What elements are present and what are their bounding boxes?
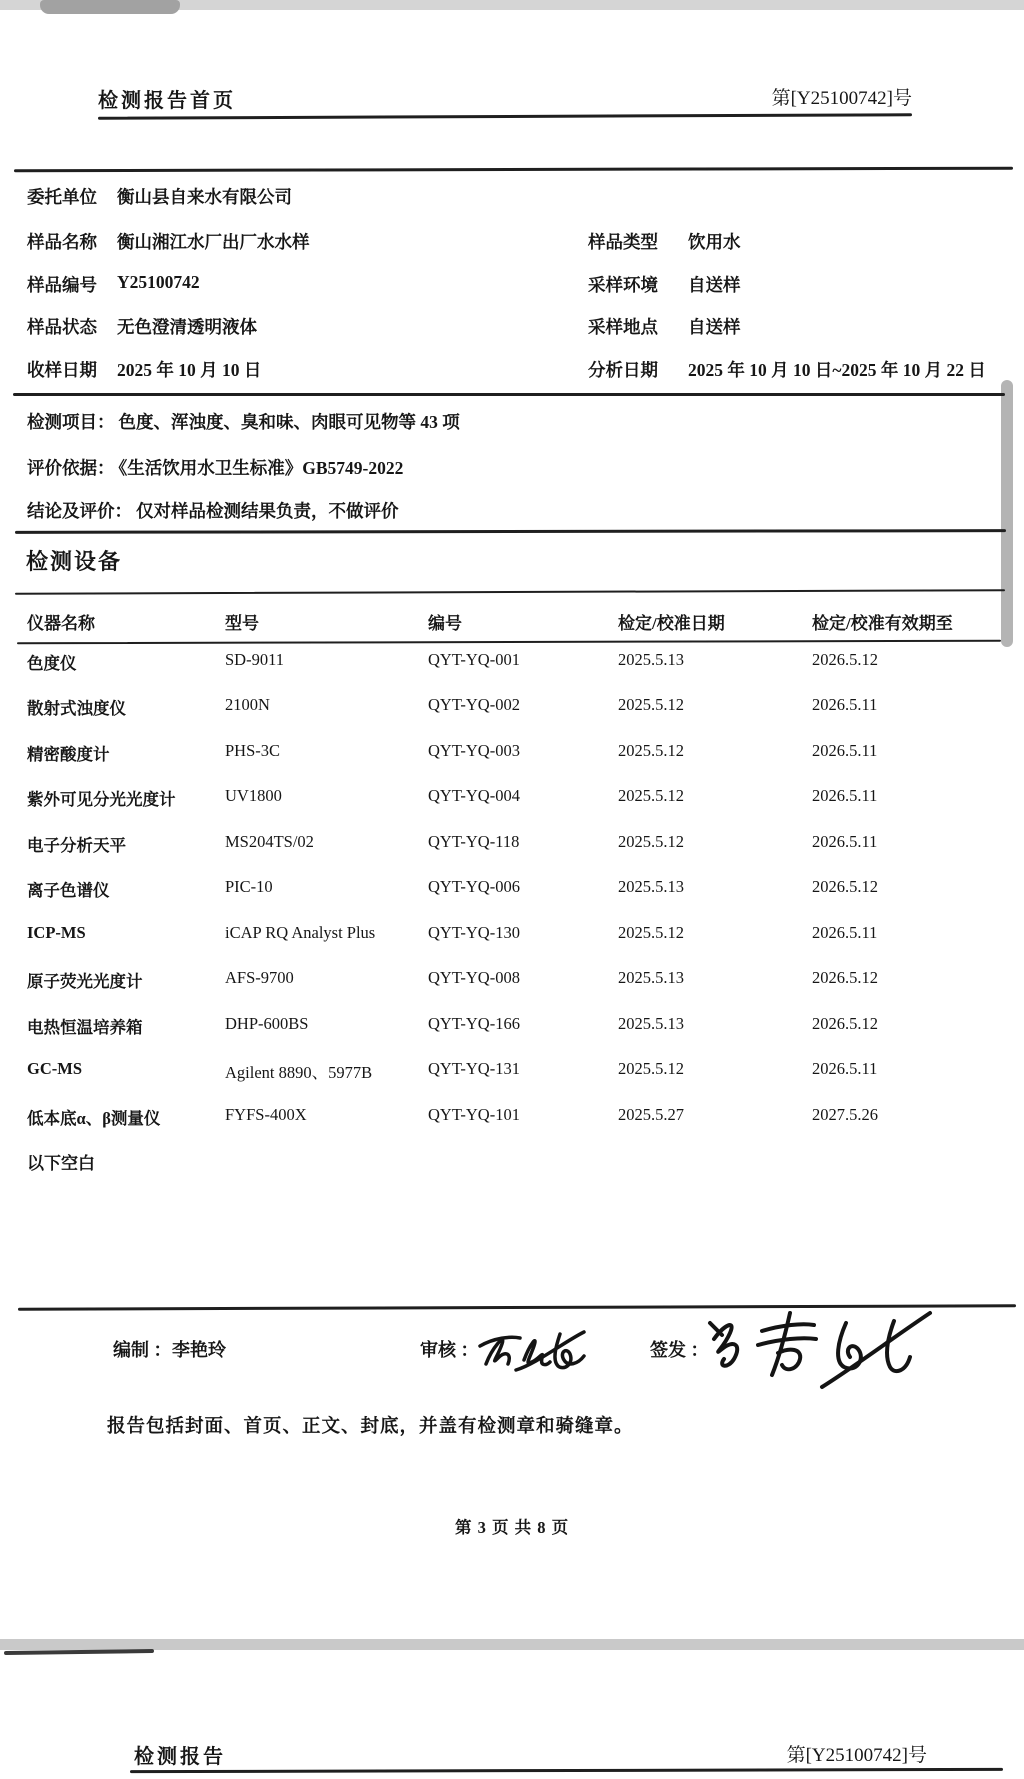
model: AFS-9700 [225,968,294,988]
info-row: 委托单位 衡山县自来水有限公司 [0,184,1024,208]
model: 2100N [225,695,270,715]
scanned-report-page: 检测报告首页 第[Y25100742]号 委托单位 衡山县自来水有限公司 样品名… [0,0,1024,1779]
table-header-rule [17,640,1001,645]
calibration-date: 2025.5.12 [618,923,684,943]
field-value: 饮用水 [688,229,741,254]
calibration-date: 2025.5.12 [618,832,684,852]
table-header-row: 仪器名称 型号 编号 检定/校准日期 检定/校准有效期至 [0,609,1024,633]
table-row: ICP-MS iCAP RQ Analyst Plus QYT-YQ-130 2… [0,923,1024,947]
calibration-valid-until: 2026.5.12 [812,968,878,988]
prepared-by-name: 李艳玲 [172,1336,226,1362]
summary-value: 色度、浑浊度、臭和味、肉眼可见物等 43 项 [119,412,460,432]
footer-underline [130,1768,1003,1773]
instrument-name: 低本底α、β测量仪 [27,1105,160,1129]
calibration-date: 2025.5.12 [618,695,684,715]
summary-label: 检测项目： [27,412,115,432]
col-header-cal-date: 检定/校准日期 [618,609,725,634]
next-page-report-number: 第[Y25100742]号 [787,1740,927,1767]
calibration-valid-until: 2026.5.11 [812,741,877,761]
table-row: 色度仪 SD-9011 QYT-YQ-001 2025.5.13 2026.5.… [0,650,1024,674]
summary-row: 检测项目：色度、浑浊度、臭和味、肉眼可见物等 43 项 [27,409,460,434]
field-label: 分析日期 [588,357,658,382]
instrument-name: 电热恒温培养箱 [27,1014,143,1038]
scrollbar-thumb[interactable] [1001,380,1013,647]
model: iCAP RQ Analyst Plus [225,923,375,943]
serial-no: QYT-YQ-118 [428,832,519,852]
model: Agilent 8890、5977B [225,1059,372,1083]
section-rule [15,529,1006,534]
instrument-name: 原子荧光光度计 [27,968,143,992]
serial-no: QYT-YQ-006 [428,877,520,897]
model: PIC-10 [225,877,273,897]
field-label: 采样环境 [588,272,658,297]
table-row: 低本底α、β测量仪 FYFS-400X QYT-YQ-101 2025.5.27… [0,1105,1024,1129]
field-value: 衡山湘江水厂出厂水水样 [117,229,310,254]
model: MS204TS/02 [225,832,314,852]
table-row: 离子色谱仪 PIC-10 QYT-YQ-006 2025.5.13 2026.5… [0,877,1024,901]
table-row: 电热恒温培养箱 DHP-600BS QYT-YQ-166 2025.5.13 2… [0,1014,1024,1038]
field-label: 样品状态 [27,314,97,339]
model: SD-9011 [225,650,284,670]
instrument-name: 精密酸度计 [27,741,110,765]
info-row: 样品状态 无色澄清透明液体 采样地点 自送样 [0,314,1024,338]
serial-no: QYT-YQ-004 [428,786,520,806]
field-value: 衡山县自来水有限公司 [117,184,292,209]
info-row: 样品名称 衡山湘江水厂出厂水水样 样品类型 饮用水 [0,229,1024,253]
col-header-instrument: 仪器名称 [27,609,95,634]
instrument-name: 离子色谱仪 [27,877,110,901]
field-label: 样品类型 [588,229,658,254]
field-label: 采样地点 [588,314,658,339]
field-value: 无色澄清透明液体 [117,314,257,339]
calibration-valid-until: 2026.5.11 [812,1059,877,1079]
table-row: 散射式浊度仪 2100N QYT-YQ-002 2025.5.12 2026.5… [0,695,1024,719]
table-top-rule [15,589,1005,594]
page-title: 检测报告首页 [98,84,236,113]
field-value: 2025 年 10 月 10 日 [117,357,261,382]
field-label: 委托单位 [27,184,97,209]
field-label: 样品编号 [27,272,97,297]
field-value: 自送样 [688,272,741,297]
info-row: 收样日期 2025 年 10 月 10 日 分析日期 2025 年 10 月 1… [0,357,1024,381]
prepared-by-label: 编制 ： [113,1336,172,1362]
instrument-name: 散射式浊度仪 [27,695,126,719]
field-value: 2025 年 10 月 10 日~2025 年 10 月 22 日 [688,357,986,382]
reviewed-by-label: 审核 ： [420,1336,479,1362]
calibration-date: 2025.5.12 [618,1059,684,1079]
page-separator [0,1639,1024,1650]
summary-value: 《生活饮用水卫生标准》GB5749-2022 [119,458,404,478]
instrument-name: 紫外可见分光光度计 [27,786,176,810]
table-row: 紫外可见分光光度计 UV1800 QYT-YQ-004 2025.5.12 20… [0,786,1024,810]
calibration-date: 2025.5.13 [618,1014,684,1034]
calibration-valid-until: 2026.5.12 [812,877,878,897]
model: FYFS-400X [225,1105,307,1125]
calibration-valid-until: 2026.5.11 [812,695,877,715]
page-indicator: 第 3 页 共 8 页 [0,1514,1024,1538]
instrument-name: GC-MS [27,1059,82,1079]
instrument-name: 色度仪 [27,650,77,674]
field-label: 收样日期 [27,357,97,382]
equipment-heading: 检测设备 [26,545,122,576]
table-row: 电子分析天平 MS204TS/02 QYT-YQ-118 2025.5.12 2… [0,832,1024,856]
serial-no: QYT-YQ-130 [428,923,520,943]
calibration-date: 2025.5.13 [618,968,684,988]
calibration-date: 2025.5.13 [618,877,684,897]
model: DHP-600BS [225,1014,308,1034]
model: PHS-3C [225,741,280,761]
instrument-name: 电子分析天平 [27,832,126,856]
serial-no: QYT-YQ-008 [428,968,520,988]
col-header-model: 型号 [225,609,259,634]
field-value: 自送样 [688,314,741,339]
calibration-valid-until: 2026.5.12 [812,650,878,670]
report-number: 第[Y25100742]号 [772,83,912,110]
summary-value: 仅对样品检测结果负责，不做评价 [136,501,399,521]
serial-no: QYT-YQ-001 [428,650,520,670]
calibration-date: 2025.5.12 [618,741,684,761]
serial-no: QYT-YQ-003 [428,741,520,761]
table-end-note: 以下空白 [27,1149,95,1174]
summary-row: 评价依据：《生活饮用水卫生标准》GB5749-2022 [27,455,403,480]
calibration-date: 2025.5.12 [618,786,684,806]
info-row: 样品编号 Y25100742 采样环境 自送样 [0,272,1024,296]
page-edge-shadow [4,1649,154,1655]
table-row: GC-MS Agilent 8890、5977B QYT-YQ-131 2025… [0,1059,1024,1083]
field-label: 样品名称 [27,229,97,254]
section-rule [13,393,1005,396]
model: UV1800 [225,786,282,806]
header-underline [98,113,912,120]
col-header-cal-valid: 检定/校准有效期至 [812,609,953,634]
summary-label: 结论及评价： [27,501,132,521]
drag-handle [40,0,180,14]
serial-no: QYT-YQ-166 [428,1014,520,1034]
summary-row: 结论及评价：仅对样品检测结果负责，不做评价 [27,498,399,523]
calibration-valid-until: 2026.5.11 [812,923,877,943]
review-signature-icon [472,1320,604,1382]
serial-no: QYT-YQ-131 [428,1059,520,1079]
serial-no: QYT-YQ-101 [428,1105,520,1125]
calibration-valid-until: 2027.5.26 [812,1105,878,1125]
summary-label: 评价依据： [27,458,115,478]
next-page-title: 检测报告 [134,1740,226,1769]
section-rule-top [14,167,1013,173]
table-row: 原子荧光光度计 AFS-9700 QYT-YQ-008 2025.5.13 20… [0,968,1024,992]
table-row: 精密酸度计 PHS-3C QYT-YQ-003 2025.5.12 2026.5… [0,741,1024,765]
serial-no: QYT-YQ-002 [428,695,520,715]
calibration-valid-until: 2026.5.12 [812,1014,878,1034]
field-value: Y25100742 [117,272,200,293]
report-composition-note: 报告包括封面、首页、正文、封底，并盖有检测章和骑缝章。 [107,1412,634,1438]
calibration-valid-until: 2026.5.11 [812,786,877,806]
calibration-date: 2025.5.27 [618,1105,684,1125]
col-header-serial: 编号 [428,609,462,634]
calibration-date: 2025.5.13 [618,650,684,670]
issue-signature-icon [698,1305,942,1395]
instrument-name: ICP-MS [27,923,86,943]
calibration-valid-until: 2026.5.11 [812,832,877,852]
